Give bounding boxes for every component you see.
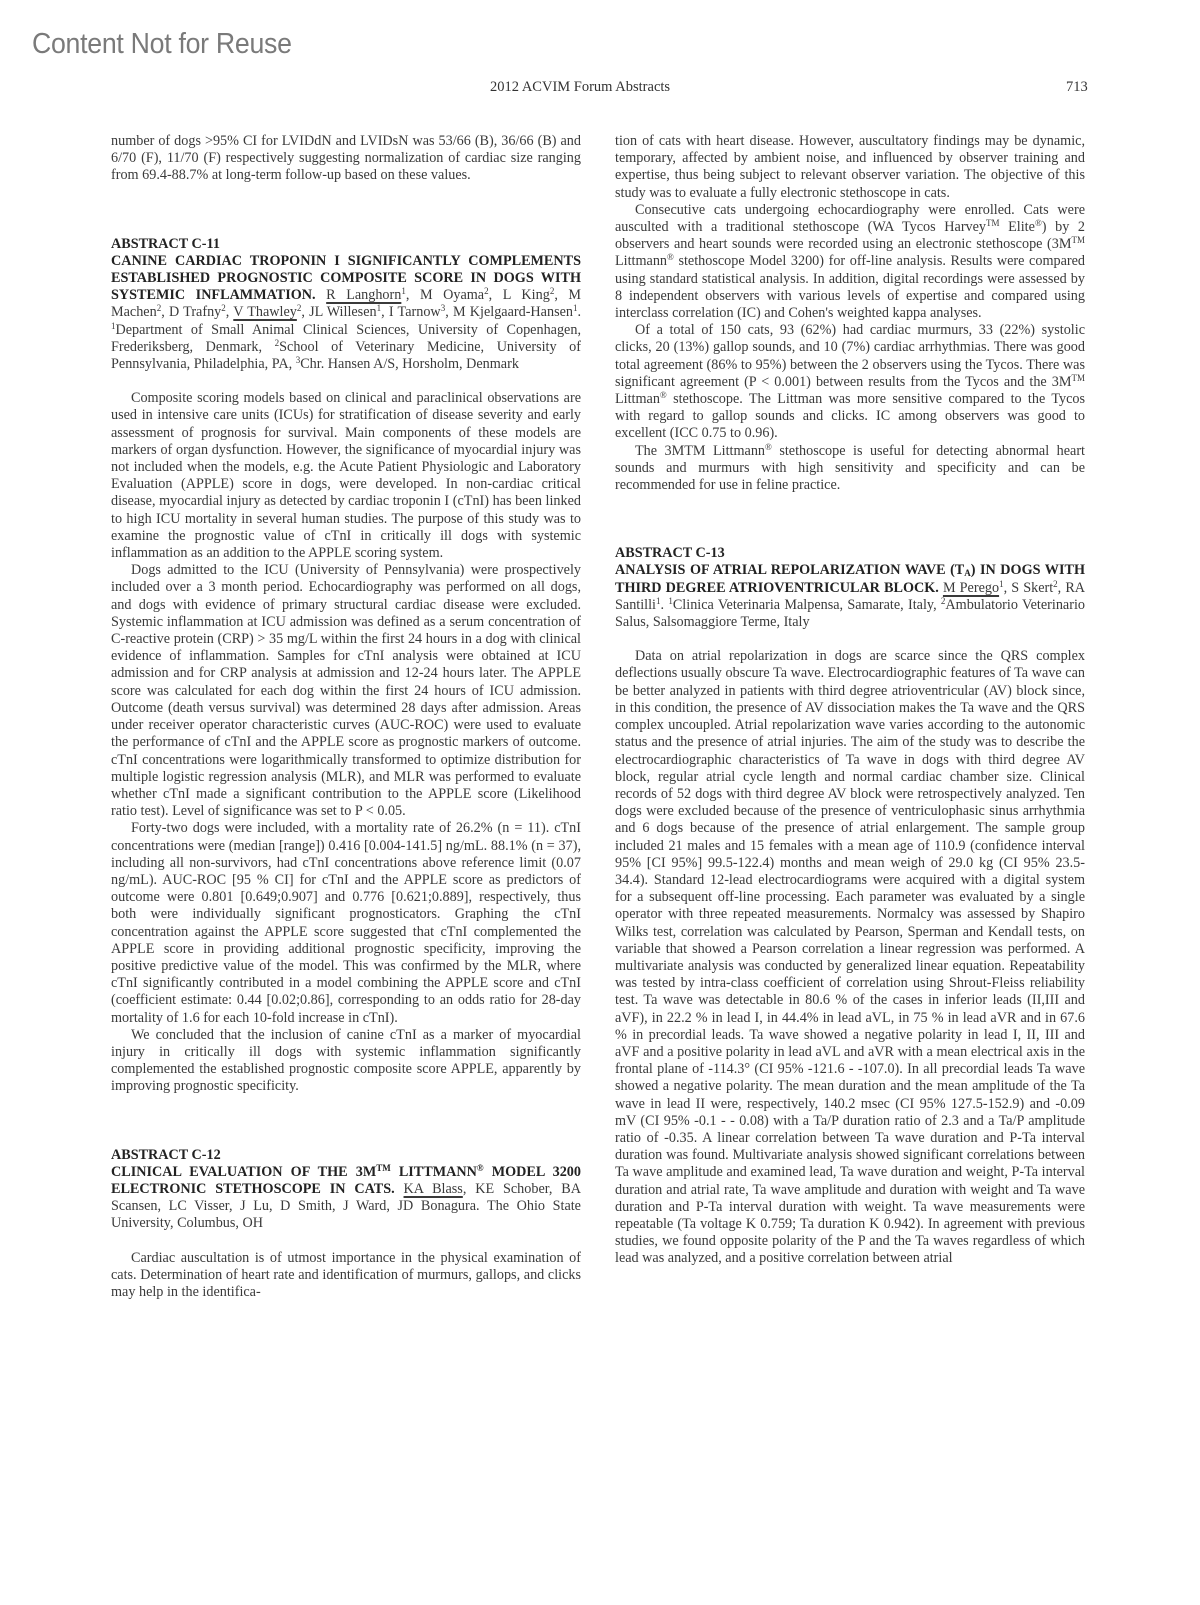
abstract-c12-continued: tion of cats with heart disease. However…	[615, 133, 1085, 494]
affiliation: Clinica Veterinaria Malpensa, Samarate, …	[673, 597, 937, 613]
author: D Trafny	[169, 304, 221, 320]
registered-sup: ®	[667, 252, 674, 262]
author: JL Willesen	[309, 304, 376, 320]
trademark-sup: TM	[1072, 235, 1086, 245]
author: S Skert	[1011, 580, 1053, 596]
abstract-byline: CLINICAL EVALUATION OF THE 3MTM LITTMANN…	[111, 1164, 581, 1233]
author-sup: 2	[221, 303, 226, 313]
abstract-paragraph: Consecutive cats undergoing echocardiogr…	[615, 202, 1085, 322]
registered-sup: ®	[765, 442, 772, 452]
presenting-author: R Langhorn	[326, 287, 401, 303]
abstract-paragraph: Composite scoring models based on clinic…	[111, 390, 581, 562]
abstract-c12: ABSTRACT C-12 CLINICAL EVALUATION OF THE…	[111, 1147, 581, 1302]
trademark-sup: TM	[376, 1163, 391, 1173]
author: I Tarnow	[389, 304, 441, 320]
author-sup: 3	[441, 303, 446, 313]
abstract-paragraph: Cardiac auscultation is of utmost import…	[111, 1250, 581, 1302]
presenting-author: KA Blass	[404, 1181, 463, 1197]
author-sup: 1	[573, 303, 578, 313]
abstract-paragraph: The 3MTM Littmann® stethoscope is useful…	[615, 443, 1085, 495]
author-sup: 1	[656, 596, 661, 606]
abstract-paragraph: We concluded that the inclusion of canin…	[111, 1027, 581, 1096]
text-run: Elite	[1000, 219, 1035, 235]
abstract-byline: CANINE CARDIAC TROPONIN I SIGNIFICANTLY …	[111, 253, 581, 373]
author-sup: 1	[401, 286, 406, 296]
continuation-paragraph: number of dogs >95% CI for LVIDdN and LV…	[111, 133, 581, 185]
abstract-c13: ABSTRACT C-13 ANALYSIS OF ATRIAL REPOLAR…	[615, 545, 1085, 1267]
abstract-byline: ANALYSIS OF ATRIAL REPOLARIZATION WAVE (…	[615, 562, 1085, 631]
abstract-paragraph: tion of cats with heart disease. However…	[615, 133, 1085, 202]
author-sup: 1	[999, 579, 1004, 589]
author-sup: 2	[157, 303, 162, 313]
text-run: Of a total of 150 cats, 93 (62%) had car…	[615, 322, 1085, 390]
text-run: stethoscope Model 3200) for off-line ana…	[615, 253, 1085, 321]
title-part: CLINICAL EVALUATION OF THE 3M	[111, 1164, 376, 1180]
author-sup: 2	[1053, 579, 1058, 589]
abstract-id: ABSTRACT C-13	[615, 545, 1085, 562]
trademark-sup: TM	[1072, 373, 1086, 383]
author-sup: 2	[297, 303, 302, 313]
author: M Kjelgaard-Hansen	[453, 304, 573, 320]
author: M Oyama	[420, 287, 484, 303]
abstract-paragraph: Data on atrial repolarization in dogs ar…	[615, 648, 1085, 1267]
text-run: Littmann	[615, 253, 667, 269]
abstract-id: ABSTRACT C-11	[111, 236, 581, 253]
author-sup: 2	[484, 286, 489, 296]
right-column: tion of cats with heart disease. However…	[615, 133, 1085, 1268]
title-part: LITTMANN	[391, 1164, 477, 1180]
text-run: stethoscope. The Littman was more sensit…	[615, 391, 1085, 441]
running-title: 2012 ACVIM Forum Abstracts	[490, 79, 670, 96]
presenting-author: M Perego	[943, 580, 999, 596]
trademark-sup: TM	[986, 218, 1000, 228]
page-number: 713	[1066, 79, 1088, 96]
abstract-paragraph: Forty-two dogs were included, with a mor…	[111, 820, 581, 1026]
abstract-paragraph: Dogs admitted to the ICU (University of …	[111, 562, 581, 820]
watermark: Content Not for Reuse	[32, 28, 292, 61]
registered-sup: ®	[660, 390, 667, 400]
registered-sup: ®	[477, 1163, 484, 1173]
left-column: number of dogs >95% CI for LVIDdN and LV…	[111, 133, 581, 1301]
author-sup: 2	[550, 286, 555, 296]
affiliation: Chr. Hansen A/S, Horsholm, Denmark	[300, 356, 519, 372]
author-sup: 1	[377, 303, 382, 313]
text-run: The 3MTM Littmann	[635, 443, 765, 459]
abstract-paragraph: Of a total of 150 cats, 93 (62%) had car…	[615, 322, 1085, 442]
author: L King	[503, 287, 550, 303]
abstract-c11: ABSTRACT C-11 CANINE CARDIAC TROPONIN I …	[111, 236, 581, 1096]
title-part: ANALYSIS OF ATRIAL REPOLARIZATION WAVE (…	[615, 562, 964, 578]
text-run: Littman	[615, 391, 660, 407]
abstract-id: ABSTRACT C-12	[111, 1147, 581, 1164]
registered-sup: ®	[1035, 218, 1042, 228]
author: V Thawley	[233, 304, 297, 320]
